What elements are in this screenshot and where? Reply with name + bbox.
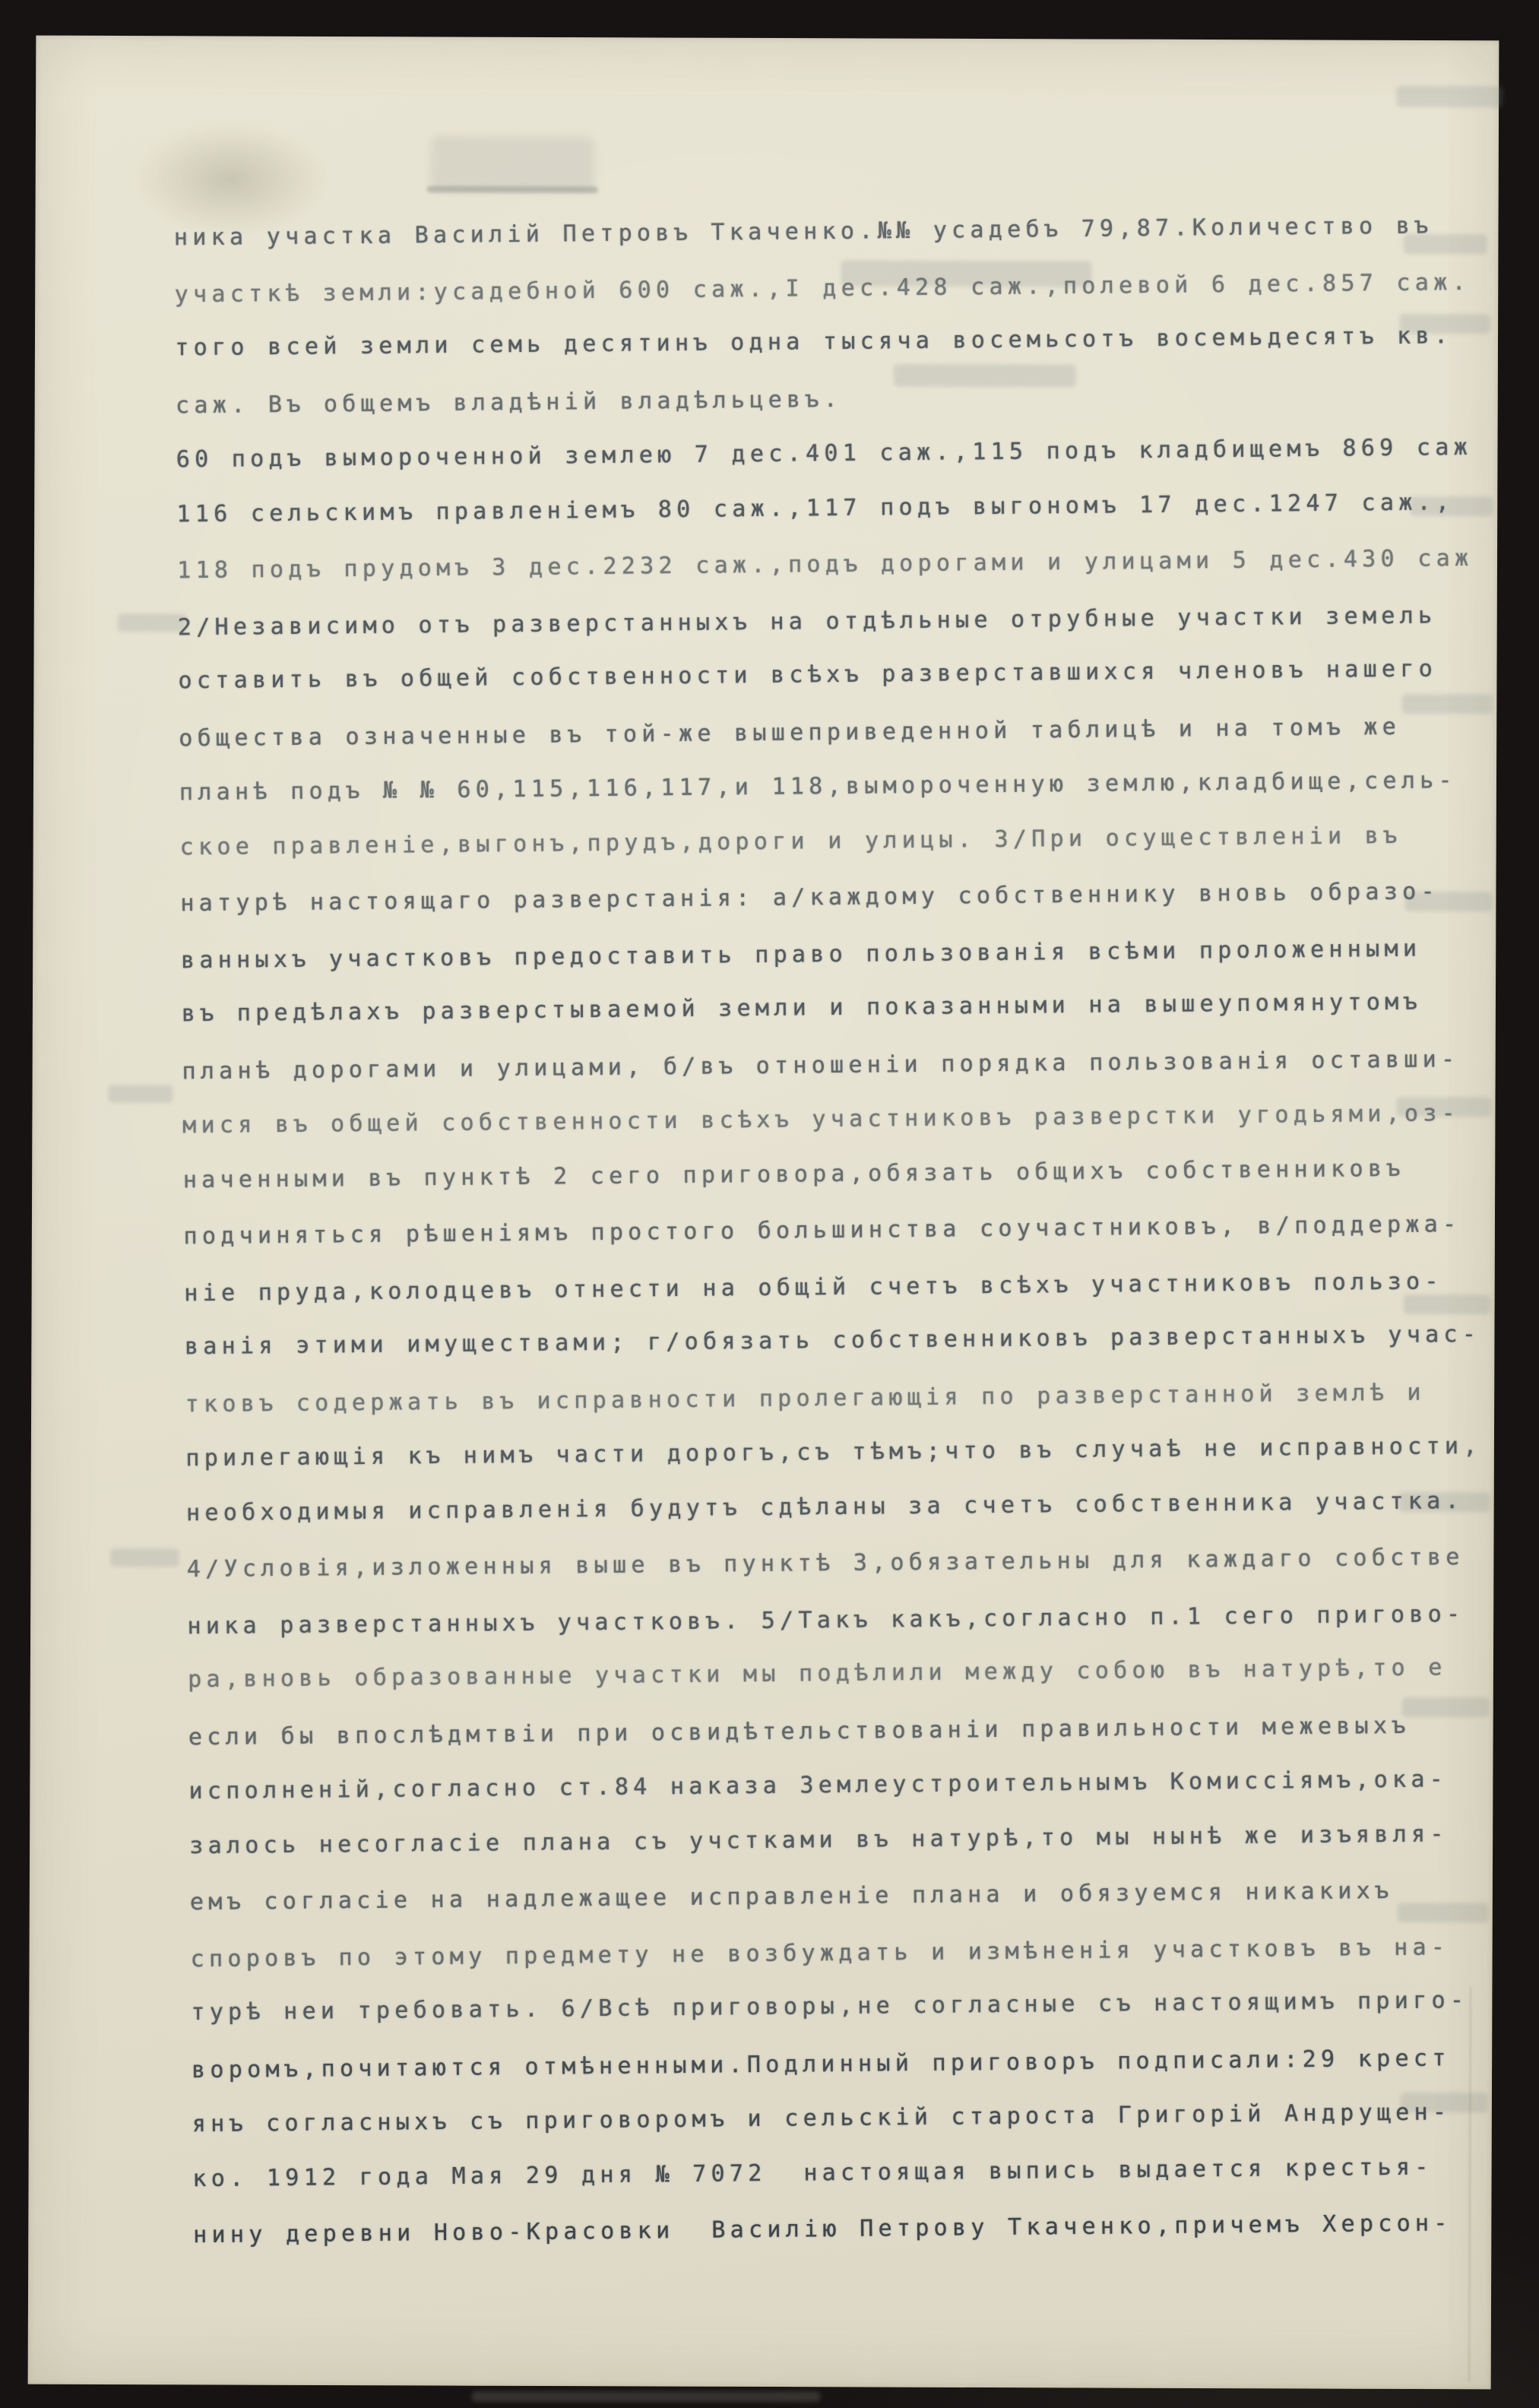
scanner-bed-streak: [471, 2391, 821, 2402]
bleedthrough-mark: [110, 1548, 179, 1567]
bleedthrough-mark: [108, 1085, 173, 1103]
document-page: ника участка Василій Петровъ Ткаченко.№№…: [28, 36, 1499, 2390]
bleedthrough-mark: [118, 613, 186, 632]
faded-stamp-underline: [427, 185, 598, 193]
scan-background: ника участка Василій Петровъ Ткаченко.№№…: [0, 0, 1539, 2408]
faded-stamp-mark: [431, 135, 594, 191]
typewritten-text-block: ника участка Василій Петровъ Ткаченко.№№…: [174, 197, 1539, 2263]
bleedthrough-mark: [1396, 86, 1503, 107]
